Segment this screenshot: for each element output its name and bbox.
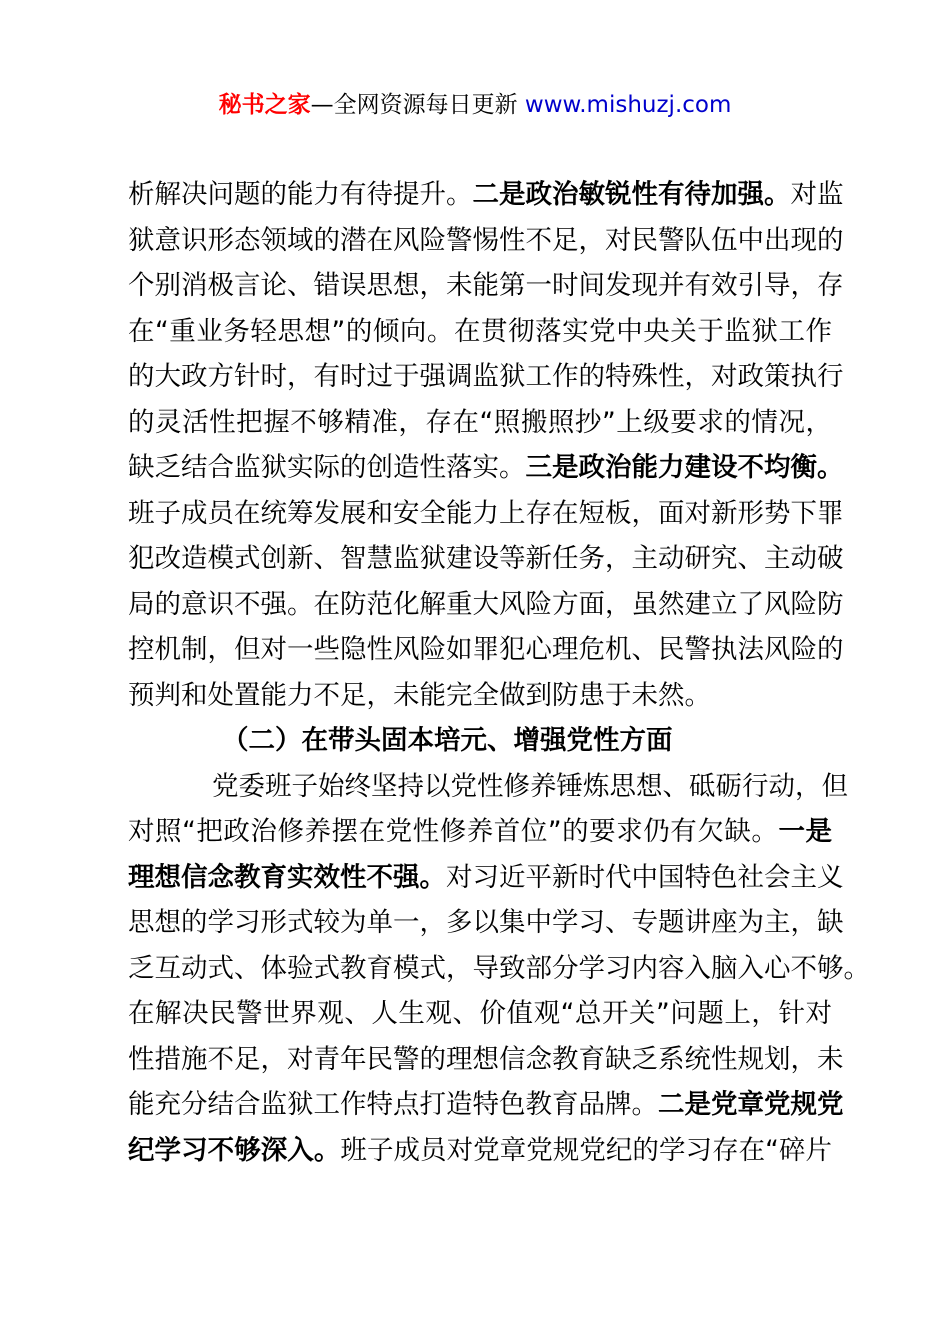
text-line: 性措施不足，对青年民警的理想信念教育缺乏系统性规划，未	[128, 1037, 832, 1083]
text-line: 狱意识形态领域的潜在风险警惕性不足，对民警队伍中出现的	[128, 218, 832, 264]
text-line: 预判和处置能力不足，未能完全做到防患于未然。	[128, 673, 832, 719]
text-line: 班子成员在统筹发展和安全能力上存在短板，面对新形势下罪	[128, 491, 832, 537]
text-line: 缺乏结合监狱实际的创造性落实。三是政治能力建设不均衡。	[128, 445, 832, 491]
text-line: 纪学习不够深入。班子成员对党章党规党纪的学习存在“碎片	[128, 1128, 832, 1174]
text-line: 理想信念教育实效性不强。对习近平新时代中国特色社会主义	[128, 855, 832, 901]
text-line: 局的意识不强。在防范化解重大风险方面，虽然建立了风险防	[128, 582, 832, 628]
bold-key-point: 二是党章党规党	[658, 1089, 844, 1120]
text-line: 控机制，但对一些隐性风险如罪犯心理危机、民警执法风险的	[128, 627, 832, 673]
section-heading: （二）在带头固本培元、增强党性方面	[128, 718, 832, 764]
text-line: 对照“把政治修养摆在党性修养首位”的要求仍有欠缺。一是	[128, 809, 832, 855]
banner-tagline: —全网资源每日更新	[311, 92, 525, 118]
text-line: 思想的学习形式较为单一，多以集中学习、专题讲座为主，缺	[128, 900, 832, 946]
document-body: 析解决问题的能力有待提升。二是政治敏锐性有待加强。对监 狱意识形态领域的潜在风险…	[128, 172, 832, 1173]
text-line: 个别消极言论、错误思想，未能第一时间发现并有效引导，存	[128, 263, 832, 309]
bold-key-point: 三是政治能力建设不均衡。	[526, 452, 844, 483]
bold-key-point: 理想信念教育实效性不强。	[128, 862, 446, 893]
text-line: 析解决问题的能力有待提升。二是政治敏锐性有待加强。对监	[128, 172, 832, 218]
site-banner: 秘书之家—全网资源每日更新 www.mishuzj.com	[0, 88, 950, 122]
text-line: 的灵活性把握不够精准，存在“照搬照抄”上级要求的情况，	[128, 400, 832, 446]
text-line: 犯改造模式创新、智慧监狱建设等新任务，主动研究、主动破	[128, 536, 832, 582]
text-line: 党委班子始终坚持以党性修养锤炼思想、砥砺行动，但	[128, 764, 832, 810]
bold-key-point: 二是政治敏锐性有待加强。	[473, 179, 791, 210]
bold-key-point: 一是	[778, 816, 832, 847]
bold-key-point: 纪学习不够深入。	[128, 1135, 340, 1166]
text-line: 在解决民警世界观、人生观、价值观“总开关”问题上，针对	[128, 991, 832, 1037]
text-line: 的大政方针时，有时过于强调监狱工作的特殊性，对政策执行	[128, 354, 832, 400]
site-url-link[interactable]: www.mishuzj.com	[525, 92, 731, 118]
text-line: 乏互动式、体验式教育模式，导致部分学习内容入脑入心不够。	[128, 946, 832, 992]
text-line: 在“重业务轻思想”的倾向。在贯彻落实党中央关于监狱工作	[128, 309, 832, 355]
brand-name: 秘书之家	[219, 92, 311, 118]
text-line: 能充分结合监狱工作特点打造特色教育品牌。二是党章党规党	[128, 1082, 832, 1128]
